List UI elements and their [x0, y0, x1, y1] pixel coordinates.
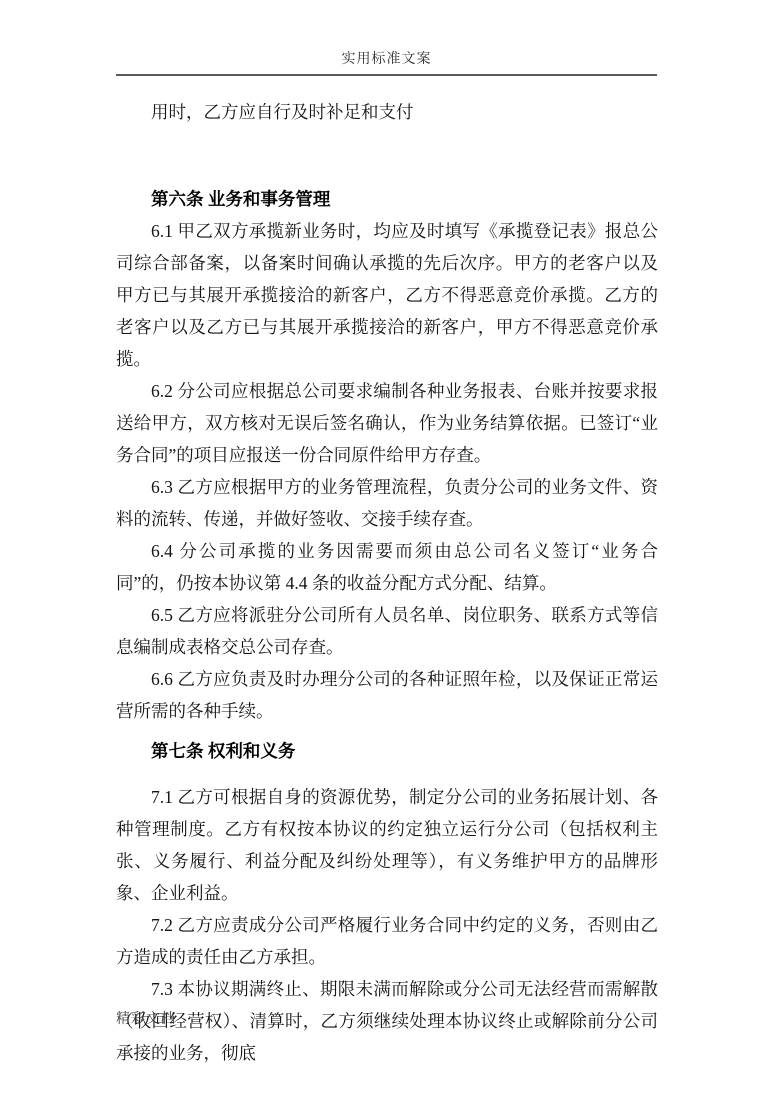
page-footer-text: 精彩文档: [116, 1012, 176, 1027]
paragraph-6-6: 6.6 乙方应负责及时办理分公司的各种证照年检，以及保证正常运营所需的各种手续。: [116, 663, 658, 727]
paragraph-6-5: 6.5 乙方应将派驻分公司所有人员名单、岗位职务、联系方式等信息编制成表格交总公…: [116, 599, 658, 663]
page-header-text: 实用标准文案: [342, 52, 432, 67]
section-heading-article-6: 第六条 业务和事务管理: [116, 183, 658, 215]
section-heading-article-7: 第七条 权利和义务: [116, 735, 658, 767]
paragraph-6-3: 6.3 乙方应根据甲方的业务管理流程，负责分公司的业务文件、资料的流转、传递，并…: [116, 471, 658, 535]
page-header: 实用标准文案: [116, 48, 657, 76]
continuation-paragraph: 用时，乙方应自行及时补足和支付: [116, 96, 658, 128]
paragraph-6-4: 6.4 分公司承揽的业务因需要而须由总公司名义签订“业务合同”的，仍按本协议第 …: [116, 535, 658, 599]
paragraph-7-1: 7.1 乙方可根据自身的资源优势，制定分公司的业务拓展计划、各种管理制度。乙方有…: [116, 781, 658, 909]
paragraph-7-3: 7.3 本协议期满终止、期限未满而解除或分公司无法经营而需解散（收回经营权）、清…: [116, 973, 658, 1069]
paragraph-6-2: 6.2 分公司应根据总公司要求编制各种业务报表、台账并按要求报送给甲方，双方核对…: [116, 375, 658, 471]
paragraph-7-2: 7.2 乙方应责成分公司严格履行业务合同中约定的义务，否则由乙方造成的责任由乙方…: [116, 909, 658, 973]
page-footer: 精彩文档: [116, 1008, 176, 1028]
paragraph-6-1: 6.1 甲乙双方承揽新业务时，均应及时填写《承揽登记表》报总公司综合部备案，以备…: [116, 215, 658, 375]
document-page: 实用标准文案 用时，乙方应自行及时补足和支付 第六条 业务和事务管理 6.1 甲…: [0, 0, 774, 1095]
document-body: 用时，乙方应自行及时补足和支付 第六条 业务和事务管理 6.1 甲乙双方承揽新业…: [116, 96, 658, 1069]
